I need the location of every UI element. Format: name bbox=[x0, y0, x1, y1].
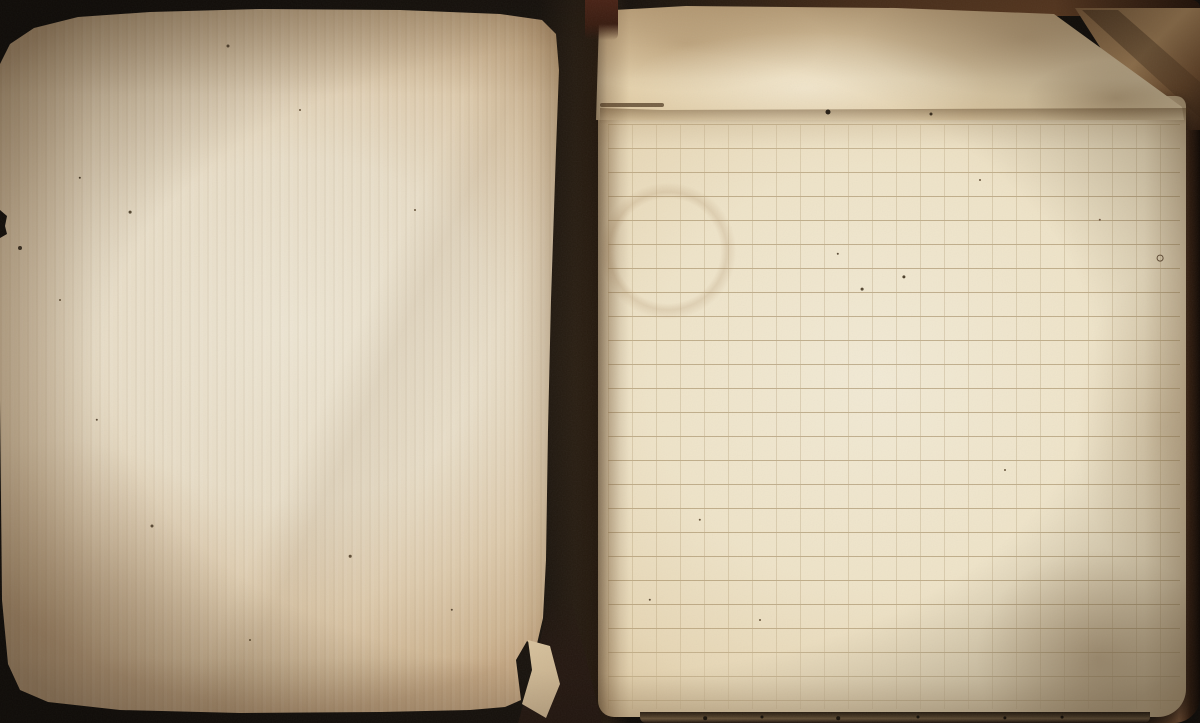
page-edge-stack bbox=[640, 712, 1150, 723]
spine-top bbox=[585, 0, 618, 40]
notebook-photo bbox=[0, 0, 1200, 723]
rule-lines bbox=[608, 124, 1180, 709]
left-page bbox=[0, 0, 590, 723]
right-page bbox=[598, 96, 1186, 717]
flap-fold-crease bbox=[600, 108, 1188, 124]
